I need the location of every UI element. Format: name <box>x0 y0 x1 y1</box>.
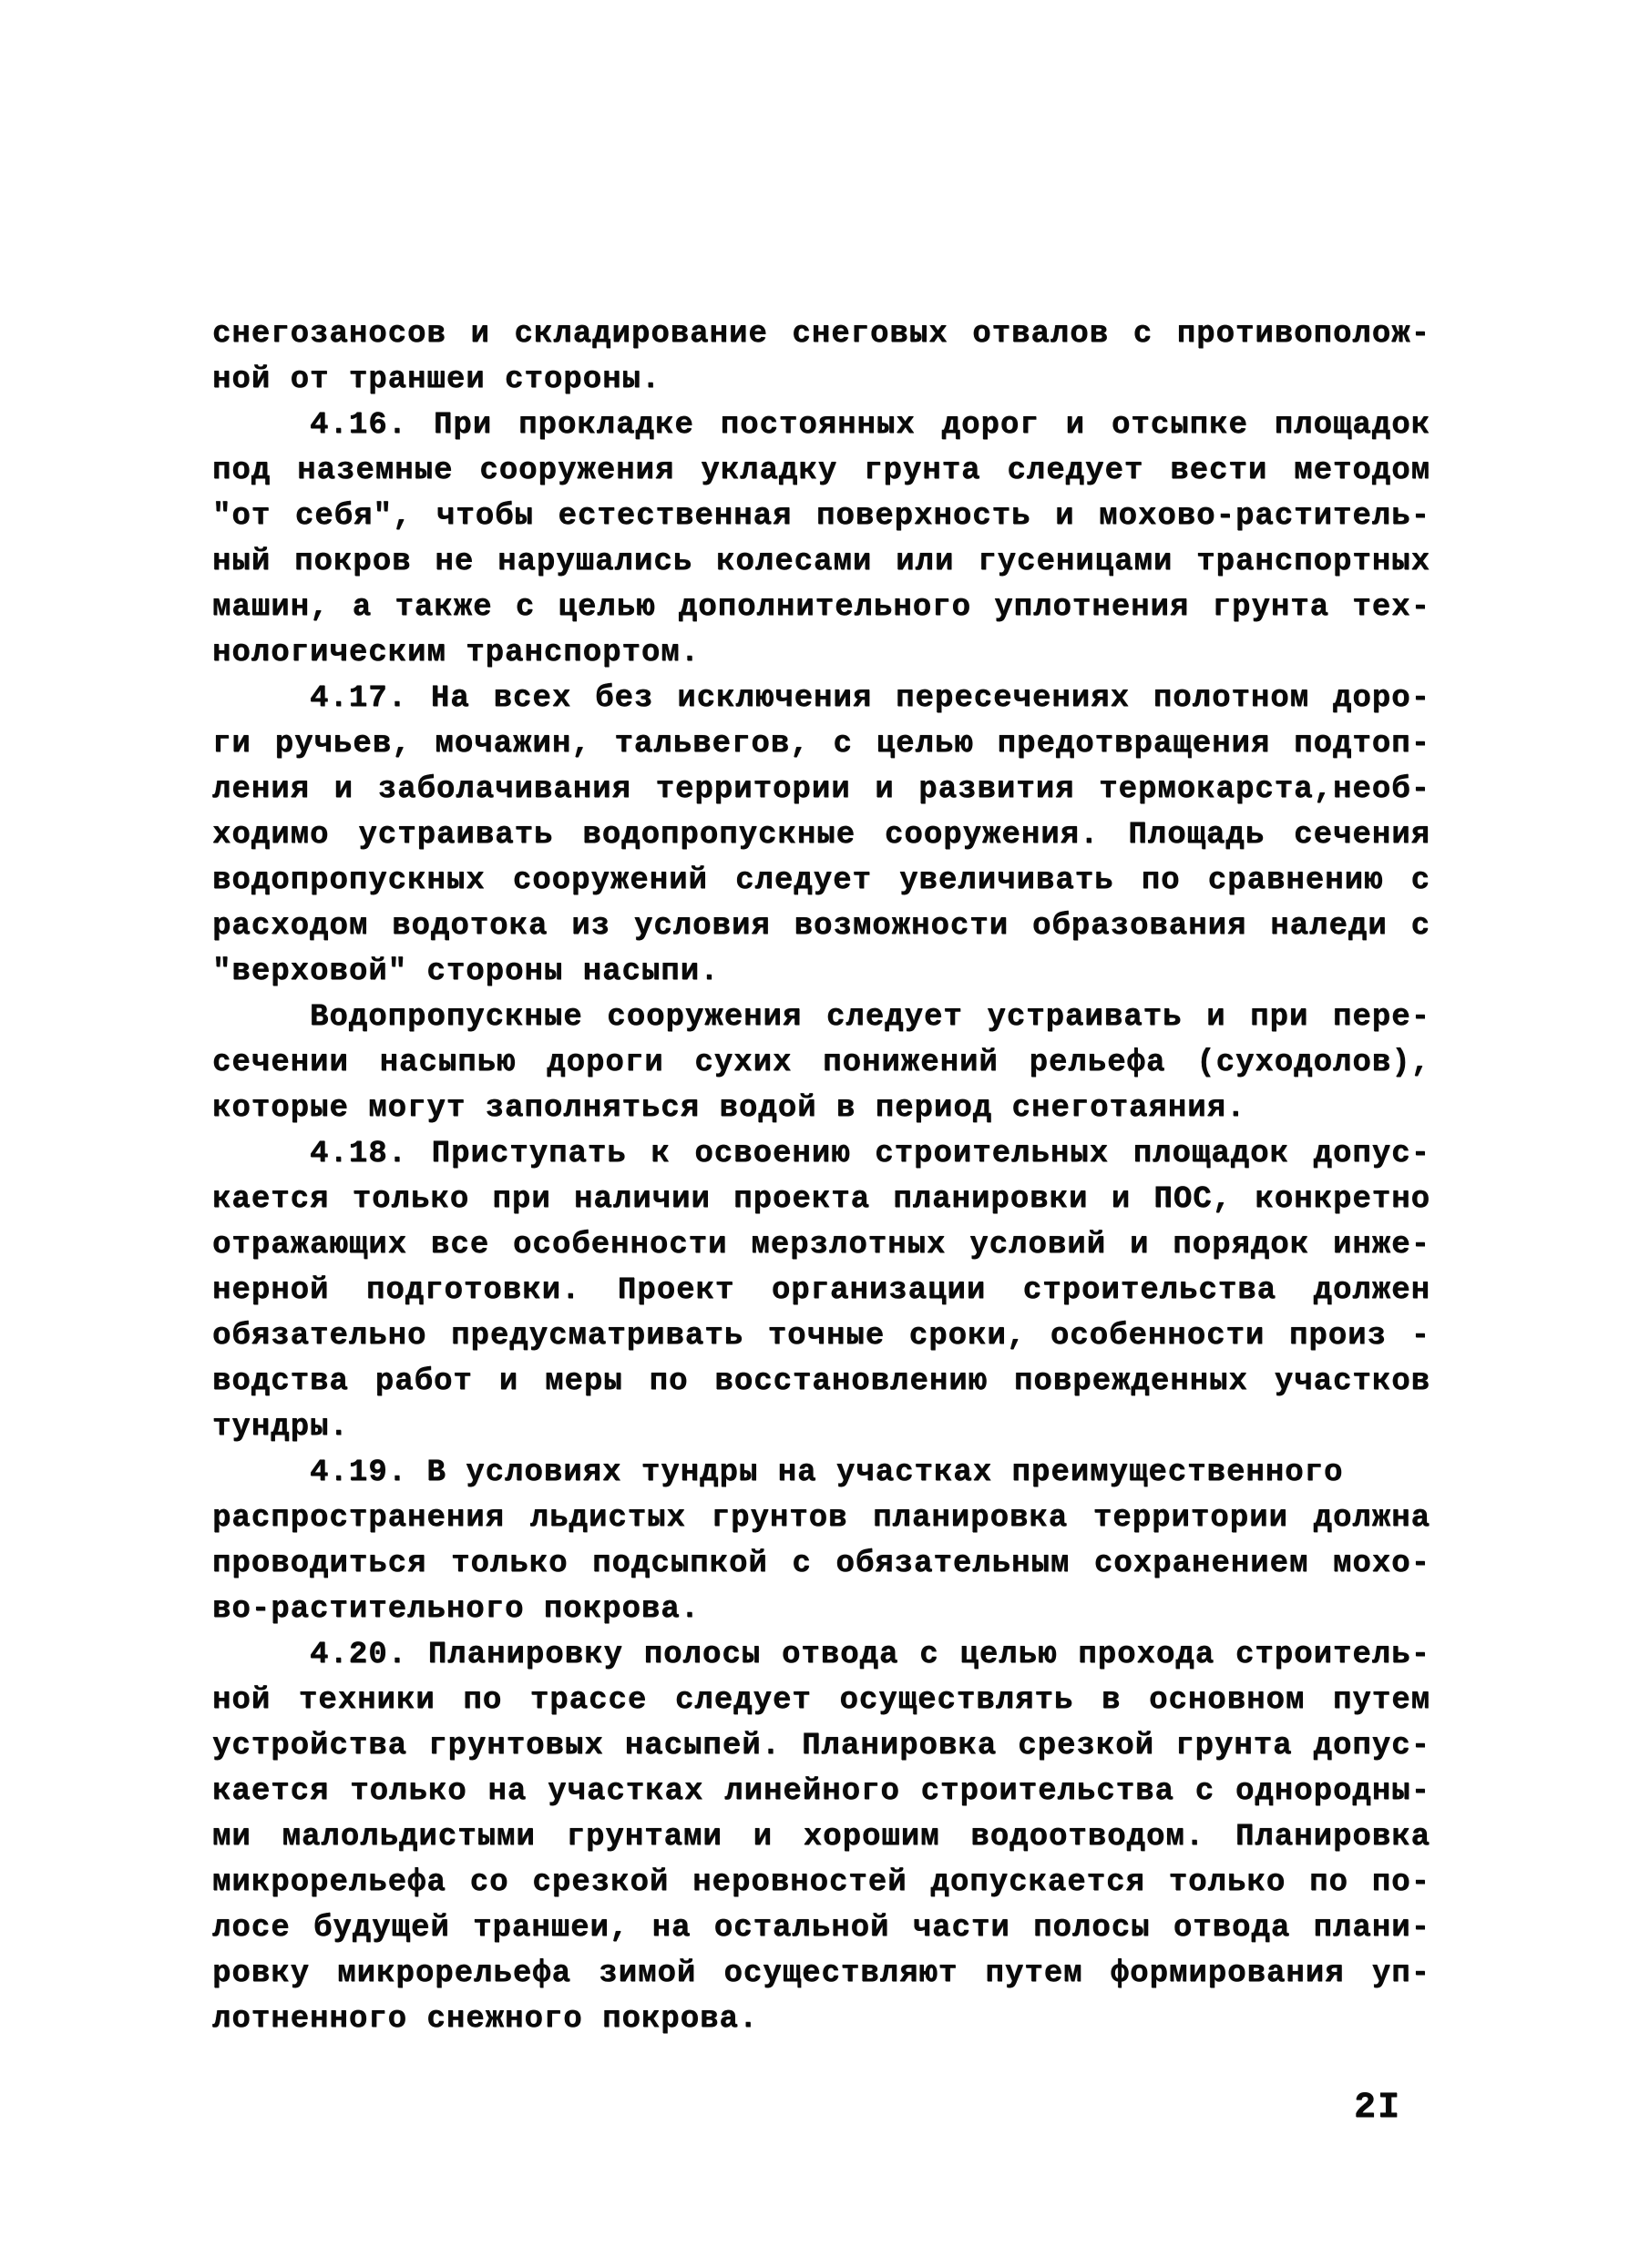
text-line: микрорельефа со срезкой неровностей допу… <box>212 1860 1430 1905</box>
text-line: устройства грунтовых насыпей. Планировка… <box>212 1723 1430 1769</box>
text-line: обязательно предусматривать точные сроки… <box>212 1313 1430 1359</box>
text-line: Водопропускные сооружения следует устраи… <box>212 995 1430 1040</box>
text-line: ми малольдистыми грунтами и хорошим водо… <box>212 1814 1430 1860</box>
text-line: ной техники по трассе следует осуществля… <box>212 1678 1430 1723</box>
text-line: ный покров не нарушались колесами или гу… <box>212 539 1430 585</box>
page-number: 2I <box>1354 2088 1401 2129</box>
text-line: "от себя", чтобы естественная поверхност… <box>212 494 1430 539</box>
text-line: снегозаносов и складирование снеговых от… <box>212 312 1430 357</box>
text-line: ходимо устраивать водопропускные сооруже… <box>212 812 1430 858</box>
text-line: машин, а также с целью дополнительного у… <box>212 585 1430 630</box>
text-line: ги ручьев, мочажин, тальвегов, с целью п… <box>212 721 1430 767</box>
document-text: снегозаносов и складирование снеговых от… <box>212 312 1430 2042</box>
text-line: лосе будущей траншеи, на остальной части… <box>212 1905 1430 1951</box>
text-line: ления и заболачивания территории и разви… <box>212 767 1430 812</box>
text-line: кается только при наличии проекта планир… <box>212 1177 1430 1222</box>
text-line: 4.20. Планировку полосы отвода с целью п… <box>212 1632 1430 1678</box>
text-line: кается только на участках линейного стро… <box>212 1769 1430 1814</box>
text-line: лотненного снежного покрова. <box>212 1997 1430 2042</box>
document-page: снегозаносов и складирование снеговых от… <box>0 0 1650 2268</box>
text-line: которые могут заполняться водой в период… <box>212 1086 1430 1131</box>
text-line: 4.18. Приступать к освоению строительных… <box>212 1131 1430 1177</box>
text-line: под наземные сооружения укладку грунта с… <box>212 448 1430 494</box>
text-line: 4.16. При прокладке постоянных дорог и о… <box>212 403 1430 448</box>
text-line: сечении насыпью дороги сухих понижений р… <box>212 1040 1430 1086</box>
text-line: ной от траншеи стороны. <box>212 357 1430 403</box>
text-line: распространения льдистых грунтов планиро… <box>212 1496 1430 1541</box>
text-line: 4.17. На всех без исключения пересечения… <box>212 676 1430 721</box>
text-line: во-растительного покрова. <box>212 1587 1430 1632</box>
text-line: ровку микрорельефа зимой осуществляют пу… <box>212 1951 1430 1997</box>
text-line: 4.19. В условиях тундры на участках преи… <box>212 1450 1430 1496</box>
text-line: проводиться только подсыпкой с обязатель… <box>212 1541 1430 1587</box>
text-line: нерной подготовки. Проект организации ст… <box>212 1268 1430 1313</box>
text-line: нологическим транспортом. <box>212 630 1430 676</box>
text-line: тундры. <box>212 1405 1430 1450</box>
text-line: водства работ и меры по восстановлению п… <box>212 1359 1430 1405</box>
text-line: расходом водотока из условия возможности… <box>212 904 1430 949</box>
text-line: "верховой" стороны насыпи. <box>212 949 1430 995</box>
text-line: водопропускных сооружений следует увелич… <box>212 858 1430 904</box>
text-line: отражающих все особенности мерзлотных ус… <box>212 1222 1430 1268</box>
